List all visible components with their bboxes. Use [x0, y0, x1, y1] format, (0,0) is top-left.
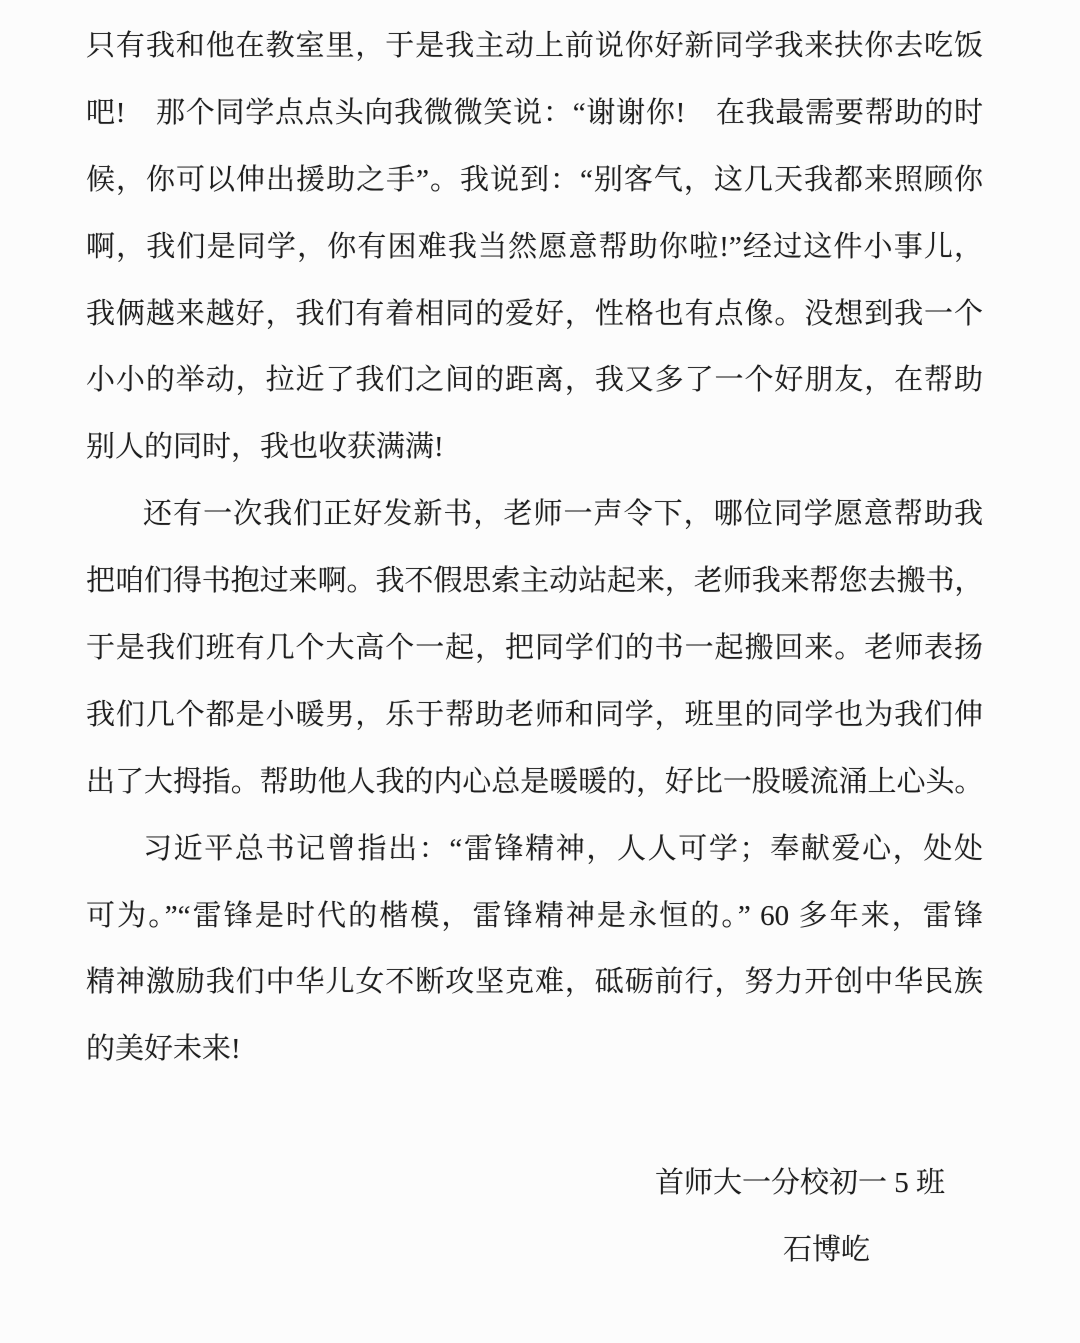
essay-line-7: 别人的同时，我也收获满满! [86, 414, 983, 481]
essay-line-4: 啊，我们是同学，你有困难我当然愿意帮助你啦!”经过这件小事儿， [86, 214, 983, 281]
signature-class-line: 首师大一分校初一 5 班 [86, 1150, 983, 1217]
essay-line-14: 可为。”“雷锋是时代的楷模，雷锋精神是永恒的。” 60 多年来，雷锋 [86, 883, 983, 950]
signature-author-name: 石博屹 [86, 1217, 983, 1284]
essay-line-15: 精神激励我们中华儿女不断攻坚克难，砥砺前行，努力开创中华民族 [86, 949, 983, 1016]
essay-line-11: 我们几个都是小暖男，乐于帮助老师和同学，班里的同学也为我们伸 [86, 682, 983, 749]
essay-line-8: 还有一次我们正好发新书，老师一声令下，哪位同学愿意帮助我 [86, 481, 983, 548]
document-page: 只有我和他在教室里，于是我主动上前说你好新同学我来扶你去吃饭 吧! 那个同学点点… [86, 0, 983, 1284]
essay-line-13: 习近平总书记曾指出：“雷锋精神，人人可学；奉献爱心，处处 [86, 816, 983, 883]
essay-line-12: 出了大拇指。帮助他人我的内心总是暖暖的，好比一股暖流涌上心头。 [86, 749, 983, 816]
essay-line-10: 于是我们班有几个大高个一起，把同学们的书一起搬回来。老师表扬 [86, 615, 983, 682]
essay-line-6: 小小的举动，拉近了我们之间的距离，我又多了一个好朋友，在帮助 [86, 347, 983, 414]
essay-line-9: 把咱们得书抱过来啊。我不假思索主动站起来，老师我来帮您去搬书， [86, 548, 983, 615]
essay-line-2: 吧! 那个同学点点头向我微微笑说：“谢谢你! 在我最需要帮助的时 [86, 80, 983, 147]
essay-line-3: 候，你可以伸出援助之手”。我说到：“别客气，这几天我都来照顾你 [86, 147, 983, 214]
essay-line-5: 我俩越来越好，我们有着相同的爱好，性格也有点像。没想到我一个 [86, 281, 983, 348]
essay-line-16: 的美好未来! [86, 1016, 983, 1083]
essay-line-1: 只有我和他在教室里，于是我主动上前说你好新同学我来扶你去吃饭 [86, 13, 983, 80]
